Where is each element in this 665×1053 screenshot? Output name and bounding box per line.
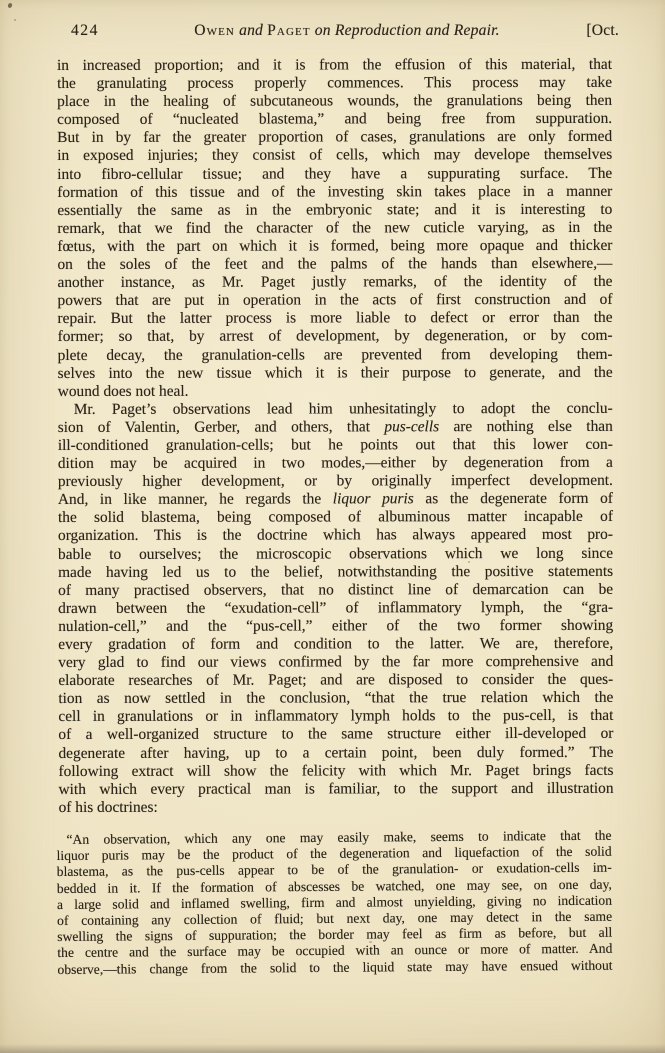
- text-line: the solid blastema, being composed of al…: [58, 508, 613, 527]
- text-segment: on the soles of the feet and the palms o…: [57, 255, 612, 273]
- scan-bottom-edge: [0, 1044, 665, 1053]
- text-line: essentially the same as in the embryonic…: [57, 201, 612, 220]
- text-segment: wound does not heal.: [58, 382, 189, 399]
- text-line: fœtus, with the part on which it is form…: [57, 237, 612, 256]
- text-line: made having led us to the belief, notwit…: [58, 562, 613, 581]
- text-segment: every gradation of form and condition to…: [58, 635, 613, 653]
- text-segment: of his doctrines:: [59, 799, 158, 816]
- text-line: of his doctrines:: [59, 798, 614, 817]
- text-line: plete decay, the granulation-cells are p…: [58, 345, 613, 364]
- text-segment: repair. But the latter process is more l…: [58, 309, 613, 327]
- text-line: powers that are put in operation in the …: [57, 291, 612, 310]
- text-segment: elaborate researches of Mr. Paget; and a…: [58, 671, 613, 689]
- text-line: another instance, as Mr. Paget justly re…: [57, 273, 612, 292]
- text-segment: liquor puris: [333, 491, 414, 508]
- text-segment: observe,—this change from the solid to t…: [57, 957, 612, 976]
- main-text: in increased proportion; and it is from …: [57, 56, 614, 817]
- text-line: the granulating process properly commenc…: [57, 74, 612, 93]
- text-segment: remark, that we find the character of th…: [57, 219, 612, 237]
- text-line: composed of “nucleated blastema,” and be…: [57, 110, 612, 129]
- text-line: nulation-cell,” and the “pus-cell,” eith…: [58, 617, 613, 636]
- text-line: observe,—this change from the solid to t…: [57, 957, 612, 978]
- text-line: place in the healing of subcutaneous wou…: [57, 92, 612, 111]
- text-segment: dition may be acquired in two modes,—eit…: [58, 454, 613, 472]
- text-segment: as the degenerate form of: [414, 490, 613, 507]
- text-segment: plete decay, the granulation-cells are p…: [58, 345, 613, 363]
- text-segment: with which every practical man is famili…: [59, 780, 614, 798]
- text-line: dition may be acquired in two modes,—eit…: [58, 454, 613, 473]
- text-segment: into fibro-cellular tissue; and they hav…: [57, 164, 612, 182]
- extract-paragraph: “An observation, which any one may easil…: [56, 828, 612, 978]
- text-line: of many practised observers, that no dis…: [58, 581, 613, 600]
- text-segment: former; so that, by arrest of developmen…: [58, 327, 613, 345]
- page-number: 424: [57, 22, 153, 40]
- text-line: of a well-organized structure to the sam…: [58, 725, 613, 744]
- scanned-page: 424 Owen and Paget on Reproduction and R…: [0, 0, 665, 1053]
- paragraph-paget-conclusions: Mr. Paget’s observations lead him unhesi…: [58, 400, 614, 817]
- text-segment: cell in granulations or in inflammatory …: [58, 707, 613, 725]
- text-line: bable to ourselves; the microscopic obse…: [58, 544, 613, 563]
- text-line: formation of this tissue and of the inve…: [57, 182, 612, 201]
- text-segment: Mr. Paget’s observations lead him unhesi…: [74, 400, 613, 418]
- text-line: with which every practical man is famili…: [59, 780, 614, 799]
- running-title: Owen and Paget on Reproduction and Repai…: [153, 22, 541, 40]
- text-segment: previously higher development, or by ori…: [58, 472, 613, 490]
- text-segment: of a well-organized structure to the sam…: [58, 725, 613, 743]
- text-segment: And, in like manner, he regards the: [58, 491, 333, 509]
- text-line: elaborate researches of Mr. Paget; and a…: [58, 671, 613, 690]
- text-segment: of many practised observers, that no dis…: [58, 581, 613, 599]
- text-line: on the soles of the feet and the palms o…: [57, 255, 612, 274]
- text-line: But in by far the greater proportion of …: [57, 128, 612, 147]
- text-segment: formation of this tissue and of the inve…: [57, 182, 612, 200]
- text-segment: made having led us to the belief, notwit…: [58, 562, 613, 580]
- text-segment: tion as now settled in the conclusion, “…: [58, 689, 613, 707]
- text-line: former; so that, by arrest of developmen…: [58, 327, 613, 346]
- text-segment: powers that are put in operation in the …: [57, 291, 612, 309]
- text-segment: fœtus, with the part on which it is form…: [57, 237, 612, 255]
- text-line: wound does not heal.: [58, 382, 613, 401]
- text-segment: pus-cells: [384, 418, 439, 435]
- page-body: in increased proportion; and it is from …: [0, 57, 665, 978]
- text-line: And, in like manner, he regards the liqu…: [58, 490, 613, 509]
- text-line: degenerate after having, up to a certain…: [58, 743, 613, 762]
- text-line: every gradation of form and condition to…: [58, 635, 613, 654]
- text-line: in increased proportion; and it is from …: [57, 56, 612, 75]
- text-segment: place in the healing of subcutaneous wou…: [57, 92, 612, 110]
- text-segment: Paget: [267, 22, 311, 39]
- scan-speck: [14, 19, 16, 21]
- text-line: drawn between the “exudation-cell” of in…: [58, 599, 613, 618]
- text-segment: sion of Valentin, Gerber, and others, th…: [58, 418, 385, 436]
- text-line: organization. This is the doctrine which…: [58, 526, 613, 545]
- text-segment: ill-conditioned granulation-cells; but h…: [58, 436, 613, 454]
- text-segment: essentially the same as in the embryonic…: [57, 201, 612, 219]
- text-line: very glad to find our views confirmed by…: [58, 653, 613, 672]
- text-line: tion as now settled in the conclusion, “…: [58, 689, 613, 708]
- text-segment: composed of “nucleated blastema,” and be…: [57, 110, 612, 128]
- text-line: ill-conditioned granulation-cells; but h…: [58, 436, 613, 455]
- text-segment: in increased proportion; and it is from …: [57, 56, 612, 74]
- text-line: following extract will show the felicity…: [58, 761, 613, 780]
- extract-quote: “An observation, which any one may easil…: [56, 828, 612, 978]
- text-segment: are nothing else than: [439, 418, 613, 435]
- text-line: repair. But the latter process is more l…: [58, 309, 613, 328]
- text-segment: in exposed injuries; they consist of cel…: [57, 146, 612, 164]
- text-segment: drawn between the “exudation-cell” of in…: [58, 599, 613, 617]
- text-segment: following extract will show the felicity…: [58, 761, 613, 779]
- text-segment: and: [235, 22, 267, 39]
- text-line: sion of Valentin, Gerber, and others, th…: [58, 418, 613, 437]
- text-segment: the granulating process properly commenc…: [57, 74, 612, 92]
- text-line: cell in granulations or in inflammatory …: [58, 707, 613, 726]
- text-segment: another instance, as Mr. Paget justly re…: [57, 273, 612, 291]
- text-line: selves into the new tissue which it is t…: [58, 363, 613, 382]
- text-line: in exposed injuries; they consist of cel…: [57, 146, 612, 165]
- text-segment: organization. This is the doctrine which…: [58, 526, 613, 544]
- text-line: previously higher development, or by ori…: [58, 472, 613, 491]
- text-segment: bable to ourselves; the microscopic obse…: [58, 544, 613, 562]
- text-line: remark, that we find the character of th…: [57, 219, 612, 238]
- text-segment: nulation-cell,” and the “pus-cell,” eith…: [58, 617, 613, 635]
- text-segment: on Reproduction and Repair.: [311, 22, 500, 39]
- issue-date: [Oct.: [541, 22, 619, 40]
- text-segment: selves into the new tissue which it is t…: [58, 363, 613, 381]
- text-segment: Owen: [194, 22, 235, 39]
- text-segment: But in by far the greater proportion of …: [57, 128, 612, 146]
- text-segment: the solid blastema, being composed of al…: [58, 508, 613, 526]
- page-header: 424 Owen and Paget on Reproduction and R…: [0, 0, 665, 40]
- text-segment: very glad to find our views confirmed by…: [58, 653, 613, 671]
- text-line: into fibro-cellular tissue; and they hav…: [57, 164, 612, 183]
- text-segment: degenerate after having, up to a certain…: [58, 743, 613, 761]
- paragraph-continuation: in increased proportion; and it is from …: [57, 56, 613, 401]
- text-line: Mr. Paget’s observations lead him unhesi…: [58, 400, 613, 419]
